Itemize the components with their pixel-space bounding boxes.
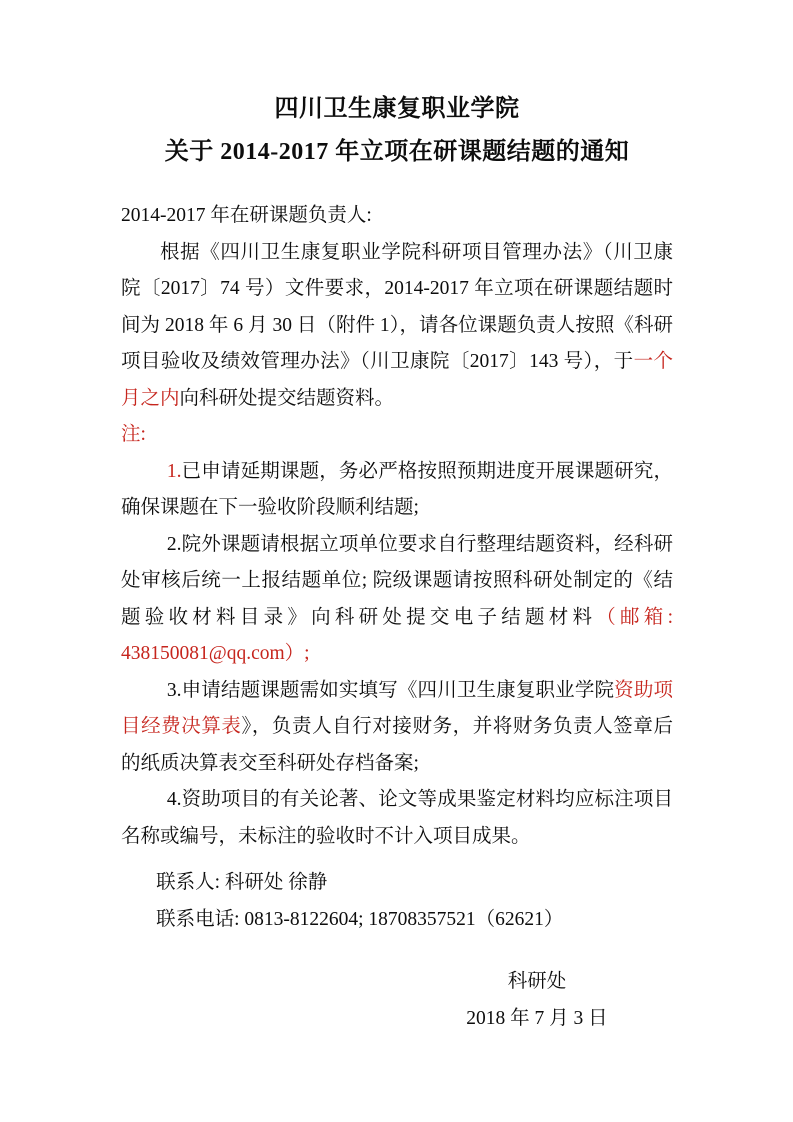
title-line-2: 关于 2014-2017 年立项在研课题结题的通知 (121, 131, 673, 174)
note-3-text-1: 申请结题课题需如实填写《四川卫生康复职业学院 (181, 680, 614, 701)
salutation-line: 2014-2017 年在研课题负责人: (121, 198, 673, 235)
note-4-number: 4. (167, 789, 182, 810)
document-title: 四川卫生康复职业学院 关于 2014-2017 年立项在研课题结题的通知 (121, 88, 673, 174)
contact-block: 联系人: 科研处 徐静 联系电话: 0813-8122604; 18708357… (121, 865, 673, 938)
intro-text-2: 向科研处提交结题资料。 (180, 388, 395, 409)
note-item-3: 3.申请结题课题需如实填写《四川卫生康复职业学院资助项目经费决算表》，负责人自行… (121, 673, 673, 783)
title-line-1: 四川卫生康复职业学院 (121, 88, 673, 131)
note-item-1: 1.已申请延期课题，务必严格按照预期进度开展课题研究，确保课题在下一验收阶段顺利… (121, 454, 673, 527)
note-label: 注: (121, 417, 673, 454)
note-item-4: 4.资助项目的有关论著、论文等成果鉴定材料均应标注项目名称或编号，未标注的验收时… (121, 782, 673, 855)
signature-department: 科研处 (401, 964, 673, 1001)
intro-text-1: 根据《四川卫生康复职业学院科研项目管理办法》（川卫康院〔2017〕74 号）文件… (121, 242, 673, 373)
intro-paragraph: 根据《四川卫生康复职业学院科研项目管理办法》（川卫康院〔2017〕74 号）文件… (121, 235, 673, 418)
note-4-text: 资助项目的有关论著、论文等成果鉴定材料均应标注项目名称或编号，未标注的验收时不计… (121, 789, 673, 847)
note-2-text: 院外课题请根据立项单位要求自行整理结题资料，经科研处审核后统一上报结题单位; 院… (121, 534, 673, 628)
note-1-text: 已申请延期课题，务必严格按照预期进度开展课题研究，确保课题在下一验收阶段顺利结题… (121, 461, 673, 519)
contact-person-line: 联系人: 科研处 徐静 (121, 865, 673, 902)
note-3-number: 3. (167, 680, 182, 701)
note-item-2: 2.院外课题请根据立项单位要求自行整理结题资料，经科研处审核后统一上报结题单位;… (121, 527, 673, 673)
signature-block: 科研处 2018 年 7 月 3 日 (401, 964, 673, 1037)
document-page: 四川卫生康复职业学院 关于 2014-2017 年立项在研课题结题的通知 201… (0, 0, 793, 1122)
contact-phone-line: 联系电话: 0813-8122604; 18708357521（62621） (121, 902, 673, 939)
note-1-number: 1. (167, 461, 182, 482)
signature-date: 2018 年 7 月 3 日 (401, 1001, 673, 1038)
note-2-number: 2. (167, 534, 182, 555)
